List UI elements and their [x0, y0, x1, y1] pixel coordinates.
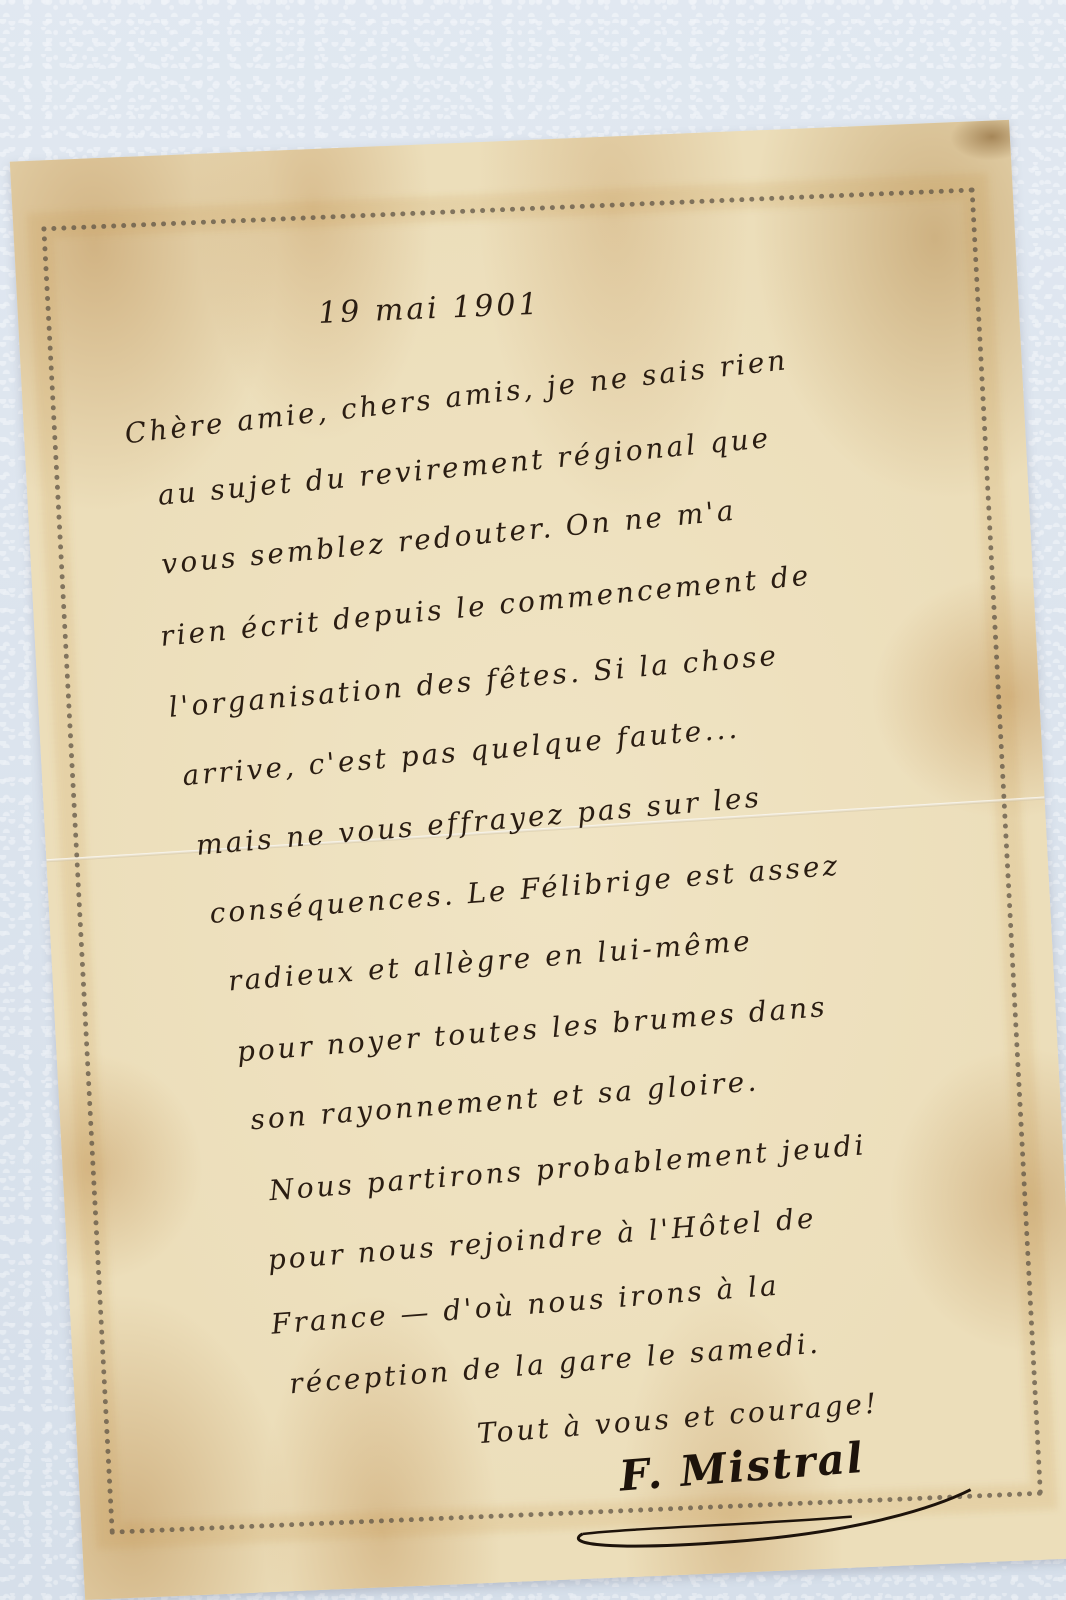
letter-sheet: 19 mai 1901 Chère amie, chers amis, je n… — [10, 120, 1066, 1600]
torn-corner — [949, 120, 1011, 162]
